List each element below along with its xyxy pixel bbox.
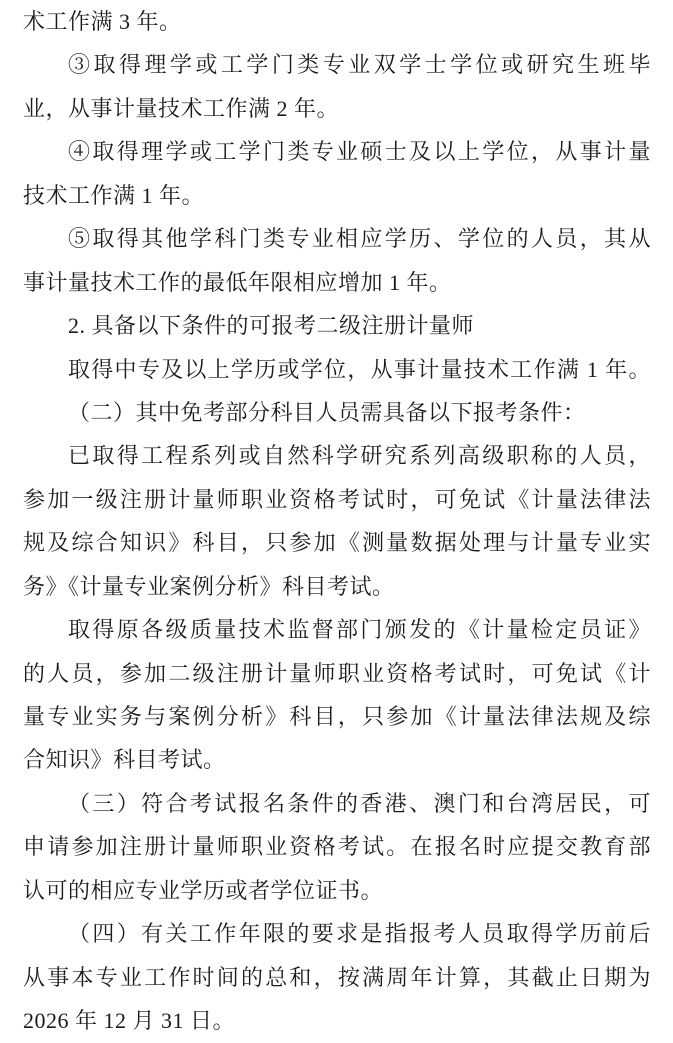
text-line: 规及综合知识》科目，只参加《测量数据处理与计量专业实	[23, 521, 651, 564]
text-line: （四）有关工作年限的要求是指报考人员取得学历前后	[23, 912, 651, 955]
text-line: 务》《计量专业案例分析》科目考试。	[23, 565, 651, 608]
document-page: 术工作满 3 年。 ③取得理学或工学门类专业双学士学位或研究生班毕 业，从事计量…	[0, 0, 673, 1043]
text-line: 技术工作满 1 年。	[23, 174, 651, 217]
text-line: 业，从事计量技术工作满 2 年。	[23, 87, 651, 130]
text-line: （三）符合考试报名条件的香港、澳门和台湾居民，可	[23, 782, 651, 825]
document-text-block: 术工作满 3 年。 ③取得理学或工学门类专业双学士学位或研究生班毕 业，从事计量…	[23, 0, 651, 1043]
text-line: 术工作满 3 年。	[23, 0, 651, 43]
text-line: 认可的相应专业学历或者学位证书。	[23, 869, 651, 912]
text-line: ③取得理学或工学门类专业双学士学位或研究生班毕	[23, 43, 651, 86]
text-line: 的人员，参加二级注册计量师职业资格考试时，可免试《计	[23, 652, 651, 695]
text-line: 2026 年 12 月 31 日。	[23, 999, 651, 1042]
text-line: 合知识》科目考试。	[23, 738, 651, 781]
text-line: 参加一级注册计量师职业资格考试时，可免试《计量法律法	[23, 478, 651, 521]
text-line: ⑤取得其他学科门类专业相应学历、学位的人员，其从	[23, 217, 651, 260]
text-line: 申请参加注册计量师职业资格考试。在报名时应提交教育部	[23, 825, 651, 868]
text-line: 2. 具备以下条件的可报考二级注册计量师	[23, 304, 651, 347]
text-line: 已取得工程系列或自然科学研究系列高级职称的人员，	[23, 434, 651, 477]
text-line: （二）其中免考部分科目人员需具备以下报考条件：	[23, 391, 651, 434]
text-line: 事计量技术工作的最低年限相应增加 1 年。	[23, 261, 651, 304]
text-line: 从事本专业工作时间的总和，按满周年计算，其截止日期为	[23, 956, 651, 999]
text-line: 取得原各级质量技术监督部门颁发的《计量检定员证》	[23, 608, 651, 651]
text-line: 量专业实务与案例分析》科目，只参加《计量法律法规及综	[23, 695, 651, 738]
text-line: 取得中专及以上学历或学位，从事计量技术工作满 1 年。	[23, 348, 651, 391]
text-line: ④取得理学或工学门类专业硕士及以上学位，从事计量	[23, 130, 651, 173]
